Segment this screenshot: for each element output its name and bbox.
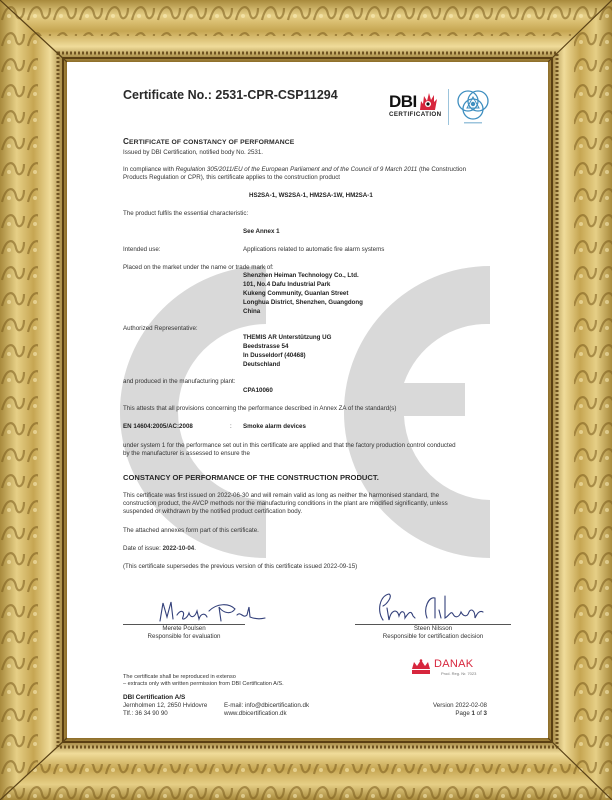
issued-by-text: Issued by DBI Certification, notified bo… (123, 149, 263, 157)
system-text-line2: by the manufacturer is assessed to ensur… (123, 450, 250, 458)
certificate-number: Certificate No.: 2531-CPR-CSP11294 (123, 88, 338, 102)
representative-label: Authorized Representative: (123, 325, 198, 333)
standard-separator: : (230, 423, 232, 431)
annexes-text: The attached annexes form part of this c… (123, 527, 259, 535)
representative-line: THEMIS AR Unterstützung UG (243, 334, 331, 342)
date-of-issue: Date of issue: 2022-10-04. (123, 545, 196, 553)
manufacturer-line: 101, No.4 Dafu Industrial Park (243, 281, 330, 289)
validity-text-line2: construction product, the AVCP methods n… (123, 500, 448, 508)
intended-use-label: Intended use: (123, 246, 161, 254)
validity-text-line1: This certificate was first issued on 202… (123, 492, 439, 500)
manufacturer-line: Shenzhen Heiman Technology Co., Ltd. (243, 272, 359, 280)
accreditation-circles-logo (455, 88, 491, 126)
footer-address: Jernholmen 12, 2650 Hvidovre (123, 702, 207, 710)
signatory-name: Steen Nilsson (355, 625, 511, 633)
validity-text-line3: suspended or withdrawn by the notified p… (123, 508, 302, 516)
plant-label: and produced in the manufacturing plant: (123, 378, 235, 386)
plant-value: CPA10060 (243, 387, 273, 395)
essential-label: The product fulfils the essential charac… (123, 210, 248, 218)
reproduction-notice-line2: – extracts only with written permission … (123, 680, 284, 688)
dbi-logo-text: DBI (389, 93, 417, 110)
product-models: HS2SA-1, WS2SA-1, HM2SA-1W, HM2SA-1 (249, 192, 373, 200)
footer-email[interactable]: E-mail: info@dbicertification.dk (224, 702, 309, 710)
essential-value: See Annex 1 (243, 228, 280, 236)
dbi-logo-subtitle: CERTIFICATION (389, 111, 442, 118)
certificate-document: Certificate No.: 2531-CPR-CSP11294 DBI C… (67, 62, 548, 738)
flame-eye-icon (418, 92, 438, 110)
signatory-name: Merete Poulsen (123, 625, 245, 633)
attests-text: This attests that all provisions concern… (123, 405, 396, 413)
standard-description: Smoke alarm devices (243, 423, 306, 431)
manufacturer-line: China (243, 308, 260, 316)
signatory-role: Responsible for certification decision (355, 633, 511, 641)
page-indicator: Page 1 of 3 (407, 710, 487, 718)
signatory-role: Responsible for evaluation (123, 633, 245, 641)
crown-icon (410, 659, 432, 675)
constancy-heading: CONSTANCY OF PERFORMANCE OF THE CONSTRUC… (123, 473, 379, 482)
compliance-text-line2: Products Regulation or CPR), this certif… (123, 174, 340, 182)
danak-registration: Prod. Reg. Nr. 7023 (441, 671, 476, 676)
signature-merete-poulsen (157, 597, 267, 625)
certificate-heading: CERTIFICATE OF CONSTANCY OF PERFORMANCE (123, 137, 294, 146)
dbi-certification-logo: DBI CERTIFICATION (389, 92, 442, 118)
representative-line: Beedstrasse 54 (243, 343, 288, 351)
footer-company: DBI Certification A/S (123, 694, 185, 702)
logo-divider (448, 89, 449, 125)
danak-logo-text: DANAK (434, 658, 473, 670)
footer-version: Version 2022-02-08 (407, 702, 487, 710)
footer-phone: Tlf.: 36 34 90 90 (123, 710, 168, 718)
compliance-text-line1: In compliance with Regulation 305/2011/E… (123, 166, 466, 174)
intended-use-value: Applications related to automatic fire a… (243, 246, 384, 254)
footer-website[interactable]: www.dbicertification.dk (224, 710, 287, 718)
supersedes-text: (This certificate supersedes the previou… (123, 563, 357, 571)
market-label: Placed on the market under the name or t… (123, 264, 274, 272)
manufacturer-line: Longhua District, Shenzhen, Guangdong (243, 299, 363, 307)
signature-steen-nilsson (369, 590, 489, 624)
issue-date-value: 2022-10-04 (163, 545, 195, 552)
standard-reference: EN 14604:2005/AC:2008 (123, 423, 193, 431)
representative-line: Deutschland (243, 361, 280, 369)
representative-line: In Dusseldorf (40468) (243, 352, 306, 360)
system-text-line1: under system 1 for the performance set o… (123, 442, 456, 450)
manufacturer-line: Kukeng Community, Guanlan Street (243, 290, 348, 298)
